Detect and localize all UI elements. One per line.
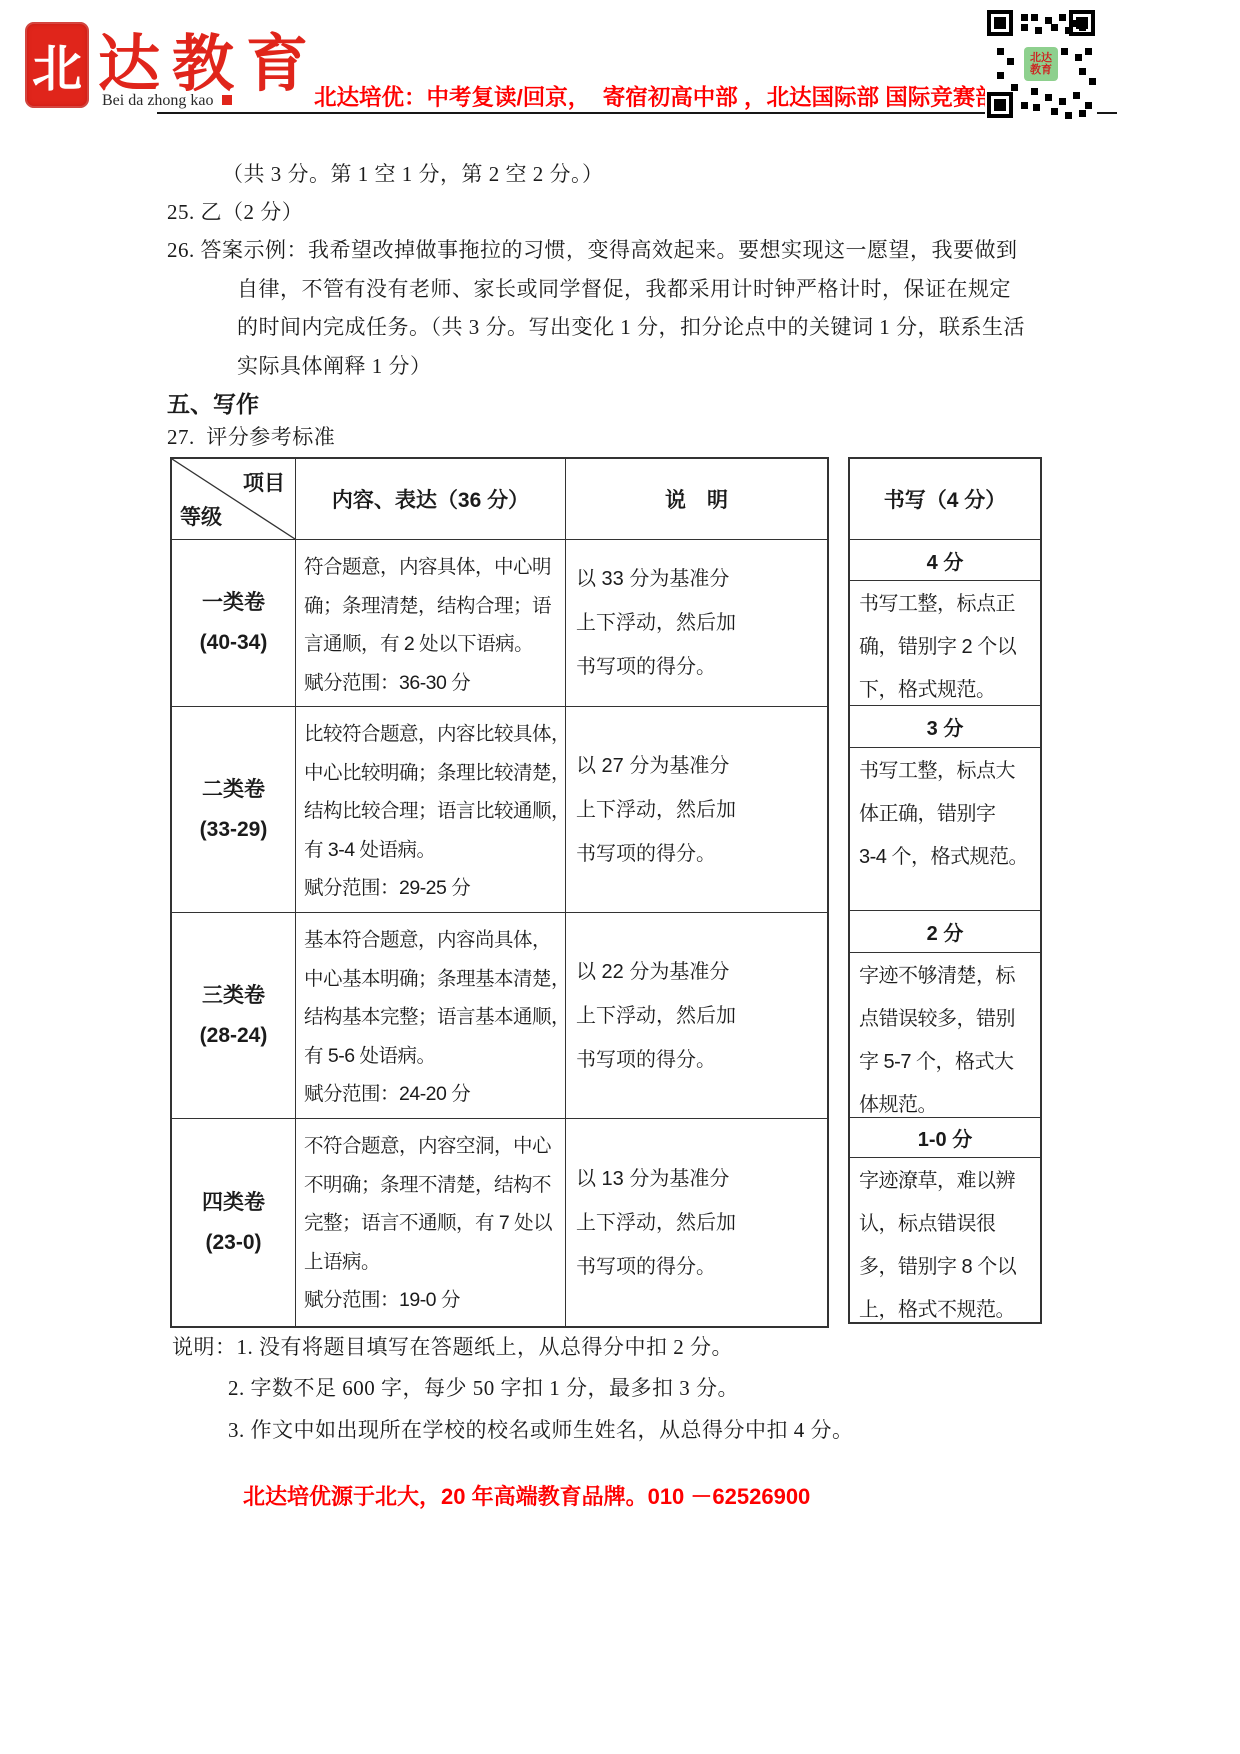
footer-brand-line: 北达培优源于北大，20 年高端教育品牌。010 －62526900	[243, 1480, 810, 1511]
content-criteria-cell: 不符合题意，内容空洞，中心不明确；条理不清楚，结构不完整；语言不通顺，有 7 处…	[295, 1119, 565, 1326]
answer-item-26-line2: 自律，不管有没有老师、家长或同学督促，我都采用计时钟严格计时，保证在规定	[237, 273, 1011, 303]
rubric-row-grade1: 一类卷 (40-34) 符合题意，内容具体，中心明确；条理清楚，结构合理；语言通…	[172, 539, 827, 706]
rubric-row-grade3: 三类卷 (28-24) 基本符合题意，内容尚具体，中心基本明确；条理基本清楚，结…	[172, 912, 827, 1118]
qr-center-logo: 北达 教育	[1024, 47, 1058, 81]
grade-cell: 四类卷 (23-0)	[172, 1119, 295, 1326]
header-slogan: 北达培优：中考复读/回京， 寄宿初高中部 ，北达国际部 国际竞赛部	[314, 80, 998, 112]
table-note-3: 3. 作文中如出现所在学校的校名或师生姓名，从总得分中扣 4 分。	[228, 1414, 854, 1444]
qr-modules	[1021, 14, 1028, 21]
brand-logo-text: 达教育	[98, 14, 320, 103]
item-27-title: 27. 评分参考标准	[167, 421, 335, 451]
seal-character: 北	[32, 29, 82, 101]
content-criteria-cell: 基本符合题意，内容尚具体，中心基本明确；条理基本清楚，结构基本完整；语言基本通顺…	[295, 913, 565, 1118]
brand-logo-subtext: Bei da zhong kao	[102, 92, 232, 110]
rubric-row-grade2: 二类卷 (33-29) 比较符合题意，内容比较具体，中心比较明确；条理比较清楚，…	[172, 706, 827, 912]
explanation-cell: 以 22 分为基准分上下浮动，然后加书写项的得分。	[565, 913, 827, 1118]
rubric-row-grade4: 四类卷 (23-0) 不符合题意，内容空洞，中心不明确；条理不清楚，结构不完整；…	[172, 1118, 827, 1326]
rubric-table-main: 项目 等级 内容、表达（36 分） 说 明 一类卷 (40-34) 符合题意，内…	[170, 457, 829, 1328]
handwriting-criteria-cell: 书写工整，标点正确，错别字 2 个以下，格式规范。	[850, 580, 1040, 705]
handwriting-score-label: 2 分	[850, 910, 1040, 952]
qr-finder-icon	[1069, 10, 1095, 36]
corner-label-item: 项目	[243, 467, 285, 497]
handwriting-criteria-cell: 字迹潦草，难以辨认，标点错误很多，错别字 8 个以上，格式不规范。	[850, 1157, 1040, 1322]
answer-item-26-line3: 的时间内完成任务。（共 3 分。写出变化 1 分，扣分论点中的关键词 1 分，联…	[237, 311, 1025, 341]
red-square-icon	[222, 95, 232, 105]
brand-seal-logo: 北	[25, 22, 89, 108]
header-content-expression: 内容、表达（36 分）	[295, 459, 565, 539]
header-explanation: 说 明	[565, 459, 827, 539]
explanation-cell: 以 13 分为基准分上下浮动，然后加书写项的得分。	[565, 1119, 827, 1326]
explanation-cell: 以 33 分为基准分上下浮动，然后加书写项的得分。	[565, 540, 827, 706]
answer-item-26-line1: 26. 答案示例：我希望改掉做事拖拉的习惯，变得高效起来。要想实现这一愿望，我要…	[167, 234, 1018, 264]
rubric-table-handwriting: 书写（4 分） 4 分 书写工整，标点正确，错别字 2 个以下，格式规范。 3 …	[848, 457, 1042, 1324]
explanation-cell: 以 27 分为基准分上下浮动，然后加书写项的得分。	[565, 707, 827, 912]
corner-header-cell: 项目 等级	[172, 459, 295, 539]
document-page: 北 达教育 Bei da zhong kao 北达培优：中考复读/回京， 寄宿初…	[0, 0, 1240, 1754]
answer-item-25: 25. 乙（2 分）	[167, 196, 303, 226]
corner-label-grade: 等级	[180, 501, 222, 531]
answer-score-note: （共 3 分。第 1 空 1 分，第 2 空 2 分。）	[222, 158, 604, 188]
handwriting-criteria-cell: 字迹不够清楚，标点错误较多，错别字 5-7 个，格式大体规范。	[850, 952, 1040, 1117]
grade-cell: 二类卷 (33-29)	[172, 707, 295, 912]
grade-cell: 一类卷 (40-34)	[172, 540, 295, 706]
table-note-2: 2. 字数不足 600 字，每少 50 字扣 1 分，最多扣 3 分。	[228, 1372, 739, 1402]
handwriting-criteria-cell: 书写工整，标点大体正确，错别字3-4 个，格式规范。	[850, 747, 1040, 910]
qr-code: 北达 教育	[985, 8, 1097, 120]
table-note-1: 说明：1. 没有将题目填写在答题纸上，从总得分中扣 2 分。	[172, 1331, 733, 1361]
header-divider	[157, 112, 1117, 114]
qr-finder-icon	[987, 92, 1013, 118]
grade-cell: 三类卷 (28-24)	[172, 913, 295, 1118]
handwriting-score-label: 4 分	[850, 539, 1040, 580]
content-criteria-cell: 比较符合题意，内容比较具体，中心比较明确；条理比较清楚，结构比较合理；语言比较通…	[295, 707, 565, 912]
rubric-header-row: 项目 等级 内容、表达（36 分） 说 明	[172, 459, 827, 539]
content-criteria-cell: 符合题意，内容具体，中心明确；条理清楚，结构合理；语言通顺，有 2 处以下语病。…	[295, 540, 565, 706]
answer-item-26-line4: 实际具体阐释 1 分）	[237, 350, 432, 380]
header-handwriting: 书写（4 分）	[850, 459, 1040, 539]
qr-finder-icon	[987, 10, 1013, 36]
section-heading-writing: 五、写作	[167, 386, 259, 419]
note-label: 说明：	[172, 1335, 237, 1359]
